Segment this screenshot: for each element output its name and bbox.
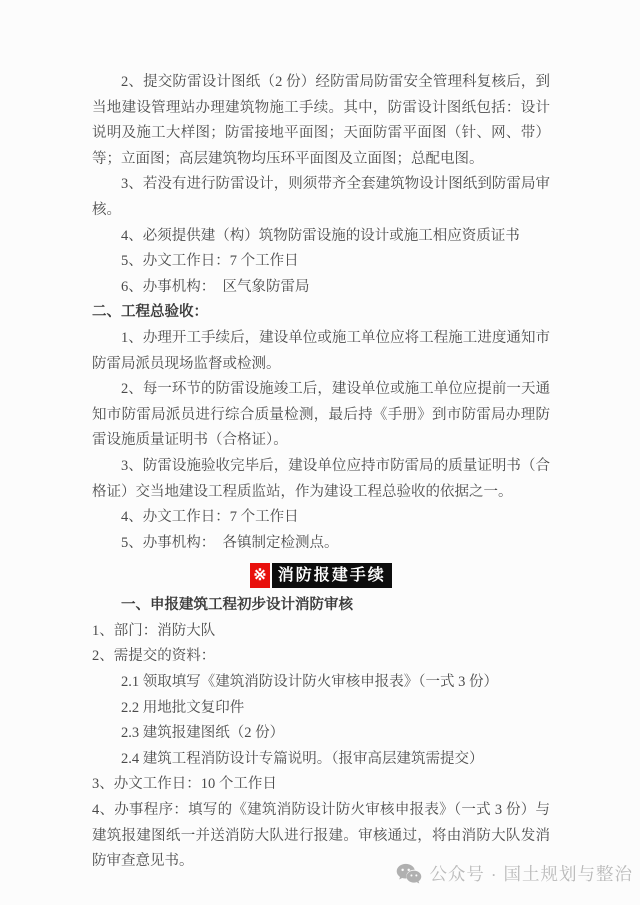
- asterisk-marker-icon: ※: [250, 563, 269, 588]
- section-heading-final-acceptance: 二、工程总验收：: [92, 300, 550, 326]
- para-fire-material-2-1: 2.1 领取填写《建筑消防设计防火审核申报表》（一式 3 份）: [92, 670, 550, 696]
- para-acceptance-start: 1、办理开工手续后，建设单位或施工单位应将工程施工进度通知市防雷局派员现场监督或…: [92, 326, 550, 377]
- para-fire-material-2-2: 2.2 用地批文复印件: [92, 696, 550, 722]
- document-body: 2、提交防雷设计图纸（2 份）经防雷局防雷安全管理科复核后，到当地建设管理站办理…: [92, 70, 550, 875]
- para-acceptance-certificate: 3、防雷设施验收完毕后，建设单位应持市防雷局的质量证明书（合格证）交当地建设工程…: [92, 454, 550, 505]
- watermark-footer: 公众号 · 国土规划与整治: [396, 861, 633, 886]
- para-fire-material-2-3: 2.3 建筑报建图纸（2 份）: [92, 721, 550, 747]
- para-fire-working-days: 3、办文工作日：10 个工作日: [92, 772, 550, 798]
- section-heading-fire-review: 一、申报建筑工程初步设计消防审核: [92, 593, 550, 619]
- para-acceptance-working-days: 4、办文工作日：7 个工作日: [92, 505, 550, 531]
- para-lightning-submit-drawings: 2、提交防雷设计图纸（2 份）经防雷局防雷安全管理科复核后，到当地建设管理站办理…: [92, 70, 550, 172]
- para-fire-department: 1、部门：消防大队: [92, 619, 550, 645]
- para-fire-material-2-4: 2.4 建筑工程消防设计专篇说明。（报审高层建筑需提交）: [92, 747, 550, 773]
- para-acceptance-agency: 5、办事机构： 各镇制定检测点。: [92, 531, 550, 557]
- para-fire-materials: 2、需提交的资料：: [92, 644, 550, 670]
- fire-permit-banner-title: 消防报建手续: [272, 563, 392, 588]
- wechat-icon: [396, 863, 422, 885]
- para-lightning-no-design: 3、若没有进行防雷设计，则须带齐全套建筑物设计图纸到防雷局审核。: [92, 172, 550, 223]
- para-lightning-working-days: 5、办文工作日：7 个工作日: [92, 249, 550, 275]
- para-lightning-agency: 6、办事机构： 区气象防雷局: [92, 275, 550, 301]
- para-lightning-qualification: 4、必须提供建（构）筑物防雷设施的设计或施工相应资质证书: [92, 224, 550, 250]
- para-acceptance-each-stage: 2、每一环节的防雷设施竣工后，建设单位或施工单位应提前一天通知市防雷局派员进行综…: [92, 377, 550, 454]
- fire-permit-banner: ※ 消防报建手续: [92, 563, 550, 588]
- document-page: { "doc": { "top": [ "2、提交防雷设计图纸（2 份）经防雷局…: [0, 0, 640, 905]
- watermark-label: 公众号 · 国土规划与整治: [429, 861, 633, 886]
